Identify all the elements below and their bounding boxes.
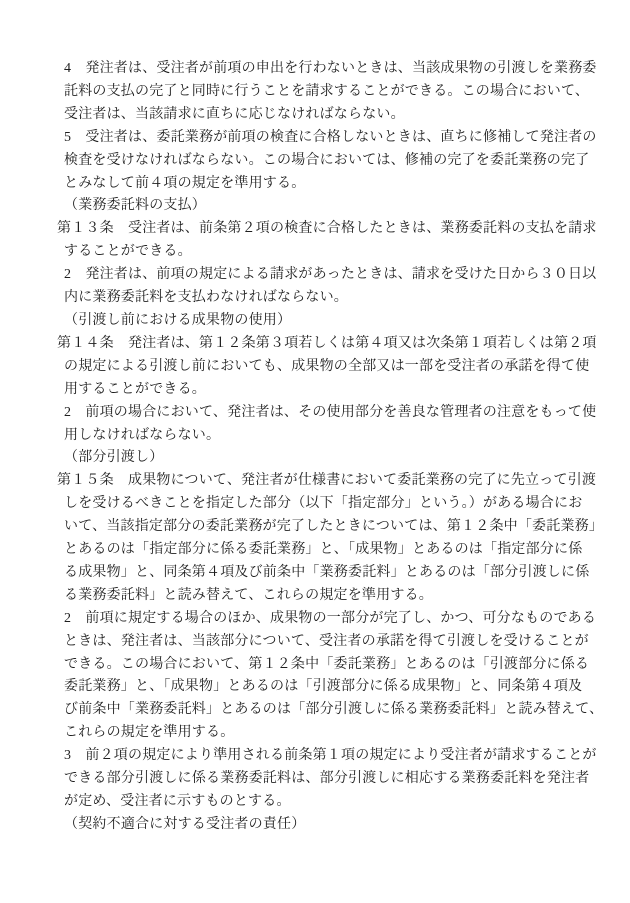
text-line-item: 5 受注者は、委託業務が前項の検査に合格しないときは、直ちに修補して発注者の [0,127,630,150]
text-line-cont: る業務委託料」と読み替えて、これらの規定を準用する。 [0,585,630,608]
text-line-cont: することができる。 [0,241,630,264]
text-line-cont: 用することができる。 [0,379,630,402]
text-line-cont: 受注者は、当該請求に直ちに応じなければならない。 [0,104,630,127]
text-line-item: 4 発注者は、受注者が前項の申出を行わないときは、当該成果物の引渡しを業務委 [0,58,630,81]
text-line-cont: が定め、受注者に示すものとする。 [0,791,630,814]
text-line-cont: できる。この場合において、第１２条中「委託業務」とあるのは「引渡部分に係る [0,654,630,677]
text-line-cont: ときは、発注者は、当該部分について、受注者の承諾を得て引渡しを受けることが [0,631,630,654]
text-line-caption: （業務委託料の支払） [0,195,630,218]
text-line-caption: （契約不適合に対する受注者の責任） [0,814,630,837]
text-line-item: 2 前項の場合において、発注者は、その使用部分を善良な管理者の注意をもって使 [0,402,630,425]
document-page: 4 発注者は、受注者が前項の申出を行わないときは、当該成果物の引渡しを業務委託料… [0,0,630,903]
text-line-cont: しを受けるべきことを指定した部分（以下「指定部分」という。）がある場合にお [0,493,630,516]
text-line-cont: び前条中「業務委託料」とあるのは「部分引渡しに係る業務委託料」と読み替えて、 [0,699,630,722]
text-line-cont: とみなして前４項の規定を準用する。 [0,173,630,196]
text-line-cont: とあるのは「指定部分に係る委託業務」と、「成果物」とあるのは「指定部分に係 [0,539,630,562]
text-line-cont: 委託業務」と、「成果物」とあるのは「引渡部分に係る成果物」と、同条第４項及 [0,676,630,699]
text-line-cont: できる部分引渡しに係る業務委託料は、部分引渡しに相応する業務委託料を発注者 [0,768,630,791]
text-line-caption: （部分引渡し） [0,447,630,470]
text-line-cont: これらの規定を準用する。 [0,722,630,745]
text-line-cont: 検査を受けなければならない。この場合においては、修補の完了を委託業務の完了 [0,150,630,173]
text-line-caption: （引渡し前における成果物の使用） [0,310,630,333]
text-line-cont: る成果物」と、同条第４項及び前条中「業務委託料」とあるのは「部分引渡しに係 [0,562,630,585]
text-line-cont: 用しなければならない。 [0,425,630,448]
document-text-body: 4 発注者は、受注者が前項の申出を行わないときは、当該成果物の引渡しを業務委託料… [0,58,630,837]
text-line-item: 2 発注者は、前項の規定による請求があったときは、請求を受けた日から３０日以 [0,264,630,287]
text-line-article: 第１５条 成果物について、発注者が仕様書において委託業務の完了に先立って引渡 [0,470,630,493]
text-line-item: 3 前２項の規定により準用される前条第１項の規定により受注者が請求することが [0,745,630,768]
text-line-article: 第１３条 受注者は、前条第２項の検査に合格したときは、業務委託料の支払を請求 [0,218,630,241]
text-line-item: 2 前項に規定する場合のほか、成果物の一部分が完了し、かつ、可分なものである [0,608,630,631]
text-line-cont: 託料の支払の完了と同時に行うことを請求することができる。この場合において、 [0,81,630,104]
text-line-article: 第１４条 発注者は、第１２条第３項若しくは第４項又は次条第１項若しくは第２項 [0,333,630,356]
text-line-cont: いて、当該指定部分の委託業務が完了したときについては、第１２条中「委託業務」 [0,516,630,539]
text-line-cont: 内に業務委託料を支払わなければならない。 [0,287,630,310]
text-line-cont: の規定による引渡し前においても、成果物の全部又は一部を受注者の承諾を得て使 [0,356,630,379]
